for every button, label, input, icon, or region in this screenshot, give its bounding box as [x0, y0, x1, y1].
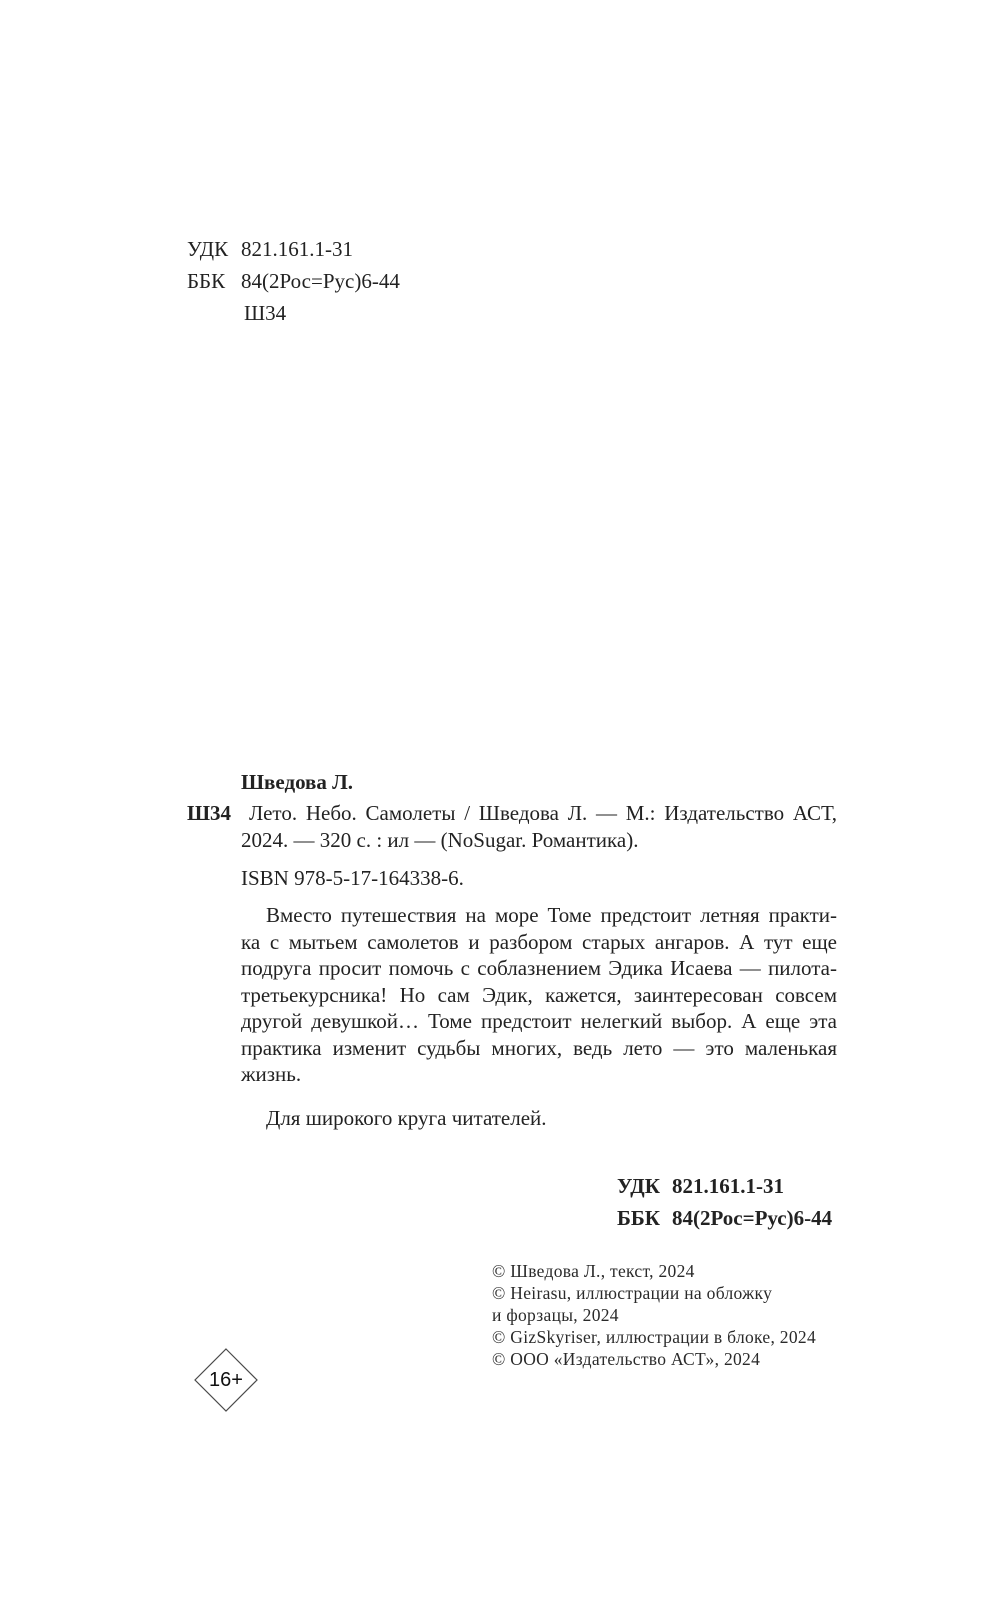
- annotation-line: практика изменит судьбы многих, ведь лет…: [241, 1035, 837, 1062]
- top-bbk-label: ББК: [187, 265, 225, 297]
- annotation-line: подруга просит помочь с соблазнением Эди…: [241, 955, 837, 982]
- top-bbk-value: 84(2Рос=Рус)6-44: [241, 265, 400, 297]
- annotation-line: жизнь.: [241, 1061, 837, 1088]
- top-udk-value: 821.161.1-31: [241, 233, 353, 265]
- bottom-udk-label: УДК: [617, 1170, 660, 1202]
- annotation-line: третьекурсника! Но сам Эдик, кажется, за…: [241, 982, 837, 1009]
- copyright-line: © Шведова Л., текст, 2024: [492, 1260, 816, 1282]
- copyright-line: © Heirasu, иллюстрации на обложку: [492, 1282, 816, 1304]
- copyright-block: © Шведова Л., текст, 2024 © Heirasu, илл…: [492, 1260, 816, 1370]
- entry-publication-line: 2024. — 320 с. : ил — (NoSugar. Романтик…: [241, 824, 638, 856]
- entry-author-mark: Ш34: [187, 797, 231, 829]
- copyright-line: и форзацы, 2024: [492, 1304, 816, 1326]
- age-rating-badge: 16+: [194, 1348, 258, 1412]
- top-udk-label: УДК: [187, 233, 228, 265]
- bottom-udk-value: 821.161.1-31: [672, 1170, 784, 1202]
- annotation-paragraph: Вместо путешествия на море Томе предстои…: [241, 902, 837, 1088]
- entry-author: Шведова Л.: [241, 766, 353, 798]
- annotation-line: Вместо путешествия на море Томе предстои…: [241, 902, 837, 929]
- top-author-mark: Ш34: [244, 297, 286, 329]
- bottom-bbk-label: ББК: [617, 1202, 660, 1234]
- annotation-line: другой девушкой… Томе предстоит нелегкий…: [241, 1008, 837, 1035]
- copyright-line: © ООО «Издательство АСТ», 2024: [492, 1348, 816, 1370]
- entry-title-text: Лето. Небо. Самолеты / Шведова Л. — М.: …: [241, 801, 837, 825]
- copyright-line: © GizSkyriser, иллюстрации в блоке, 2024: [492, 1326, 816, 1348]
- bottom-bbk-value: 84(2Рос=Рус)6-44: [672, 1202, 832, 1234]
- age-rating-label: 16+: [194, 1348, 258, 1412]
- audience-note: Для широкого круга читателей.: [266, 1102, 547, 1134]
- entry-isbn: ISBN 978-5-17-164338-6.: [241, 862, 464, 894]
- annotation-line: ка с мытьем самолетов и разбором старых …: [241, 929, 837, 956]
